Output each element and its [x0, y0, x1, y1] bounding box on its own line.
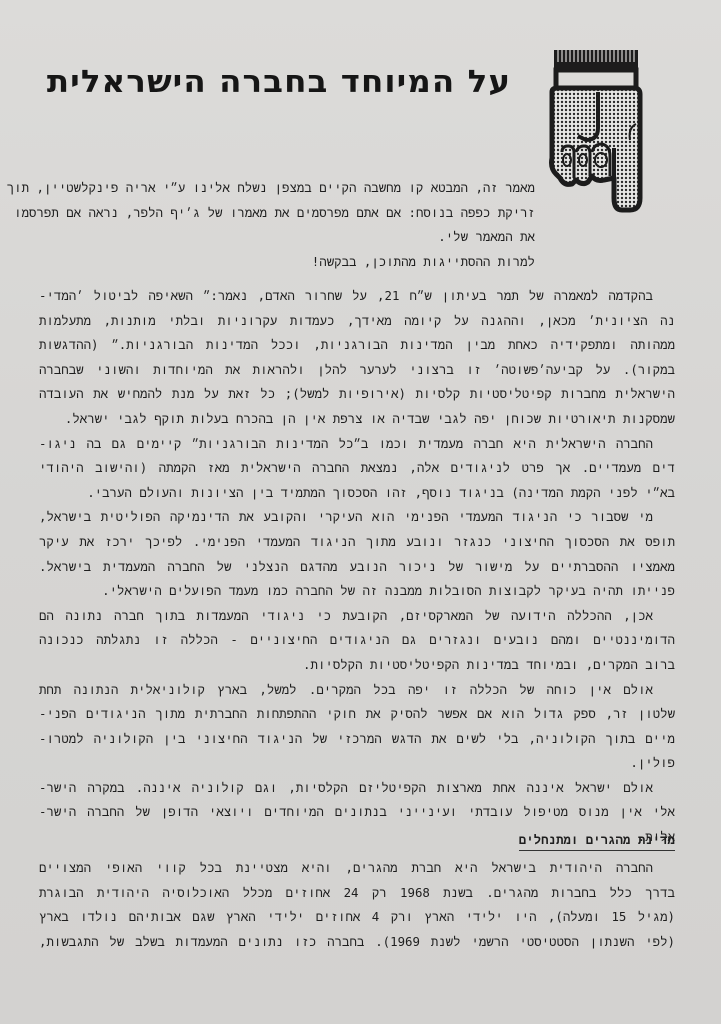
- text-line: אולם ישראל איננה אחת מארצות הקפיטליזם הק…: [39, 776, 675, 801]
- text-line: ברוב המקרים, ובמיוחד במדינות הקפיטליסטיו…: [39, 653, 675, 678]
- text-line: שמסקנות תיאורטיות שכוחן יפה לגבי שבדיה א…: [39, 407, 675, 432]
- text-line: אולם אין כוחה של הכללה זו יפה בכל המקרים…: [39, 678, 675, 703]
- text-line: דים מעמדיים. אך פרט לניגודים אלה, נמצאת …: [39, 456, 675, 481]
- text-line: את המאמר שלי.: [35, 225, 535, 250]
- paragraph: אולם אין כוחה של הכללה זו יפה בכל המקרים…: [39, 678, 675, 776]
- text-line: אלי אין מנוס מטיפול עובדתי ועינייני בנתו…: [39, 800, 675, 825]
- article-title: על המיוחד בחברה הישראלית: [47, 64, 511, 100]
- editor-note: מאמר זה, המבטא קו מחשבה הקיים במצפן נשלח…: [35, 176, 535, 274]
- text-line: (מגיל 15 ומעלה), היו ילידי הארץ ורק 4 אח…: [39, 905, 675, 930]
- text-line: מאמציו ההסברתיים על מישור של ניכור הנובע…: [39, 555, 675, 580]
- paragraph: בהקדמה למאמרה של תמר בעיתון ש״ח 21, על ש…: [39, 284, 675, 432]
- text-line: ממהותה ומתפקידיה כאחת מבין המדינות הבורג…: [39, 333, 675, 358]
- text-line: בהקדמה למאמרה של תמר בעיתון ש״ח 21, על ש…: [39, 284, 675, 309]
- text-line: מאמר זה, המבטא קו מחשבה הקיים במצפן נשלח…: [35, 176, 535, 201]
- text-line: נה הציונית׳ מכאן, וההגנה על קיומה מאידך,…: [39, 309, 675, 334]
- paragraph: החברה הישראלית היא חברה מעמדית וכמו ב״כל…: [39, 432, 675, 506]
- article-body: בהקדמה למאמרה של תמר בעיתון ש״ח 21, על ש…: [39, 284, 675, 850]
- text-line: מי שסבור כי הניגוד המעמדי הפנימי הוא העי…: [39, 505, 675, 530]
- text-line: שלטון זר, ספק גדול הוא אם אפשר להסיק את …: [39, 702, 675, 727]
- paragraph: מי שסבור כי הניגוד המעמדי הפנימי הוא העי…: [39, 505, 675, 603]
- text-line: אכן, ההכללה הידועה של המארקסיזם, הקובעת …: [39, 604, 675, 629]
- text-line: תופס את הסכסוך החיצוני כנגזר ונובע מתוך …: [39, 530, 675, 555]
- text-line: הדומיננטיים ומהם נובעים ונגזרים גם הניגו…: [39, 628, 675, 653]
- section-body: החברה היהודית בישראל היא חברת מהגרים, וה…: [39, 856, 675, 954]
- paragraph: אכן, ההכללה הידועה של המארקסיזם, הקובעת …: [39, 604, 675, 678]
- text-line: זריקת כפפה בנוסח: אם אתם מפרסמים את מאמר…: [35, 201, 535, 226]
- text-line: במקור). על קביעה׳פשוטה׳ זו ברצוני לערער …: [39, 358, 675, 383]
- text-line: (לפי השנתון הסטטיסטי הרשמי לשנת 1969). ב…: [39, 930, 675, 955]
- text-line: למרות ההסתייגות מהתוכן, בבקשה!: [35, 250, 535, 275]
- text-line: החברה היהודית בישראל היא חברת מהגרים, וה…: [39, 856, 675, 881]
- text-line: מיים בתוך הקולוניה, בלי לשים את הדגש המר…: [39, 727, 675, 752]
- text-line: בדרך כלל בחברות מהגרים. בשנת 1968 רק 24 …: [39, 881, 675, 906]
- pointing-hand-icon: [548, 48, 648, 214]
- text-line: הישראלית מחברות קפיטליסטיות קלסיות (אירו…: [39, 382, 675, 407]
- section-heading: מדינת מהגרים ומתנחלים: [519, 832, 675, 851]
- document-page: על המיוחד בחברה הישראלית מאמר זה, המבטא …: [0, 0, 721, 1024]
- text-line: החברה הישראלית היא חברה מעמדית וכמו ב״כל…: [39, 432, 675, 457]
- text-line: בא״י לפני הקמת המדינה) בניגוד נוסף, זהו …: [39, 481, 675, 506]
- text-line: פולין.: [39, 751, 675, 776]
- text-line: פנייתו תהיה בעיקר לקבוצות הסובלות ממבנה …: [39, 579, 675, 604]
